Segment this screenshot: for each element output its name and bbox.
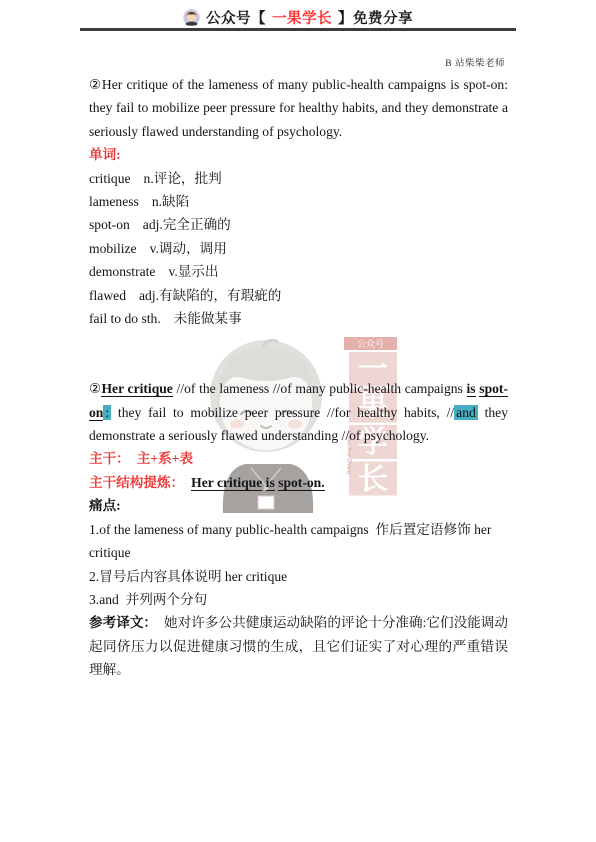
vocab-meaning: n.缺陷 (152, 194, 189, 209)
text-segment-bu: Her critique (101, 381, 172, 397)
vocab-meaning: v.调动，调用 (150, 241, 227, 256)
skeleton-label: 主干： (89, 451, 130, 466)
document-body: ②Her critique of the lameness of many pu… (89, 73, 508, 682)
painpoints-heading: 痛点: (89, 494, 508, 517)
blank-gap (89, 330, 508, 377)
vocab-word: mobilize (89, 241, 137, 256)
vocab-row: spot-onadj.完全正确的 (89, 213, 508, 236)
vocab-list: critiquen.评论，批判lamenessn.缺陷spot-onadj.完全… (89, 167, 508, 331)
header-title-brand: 一果学长 (272, 7, 332, 28)
text-segment-plain: they fail to mobilize peer pressure //fo… (111, 405, 454, 420)
text-segment-bu: is (266, 475, 275, 491)
vocab-word: spot-on (89, 217, 130, 232)
header-title-prefix: 公众号【 (206, 7, 266, 28)
text-segment-hl: and (454, 405, 478, 420)
vocab-row: lamenessn.缺陷 (89, 190, 508, 213)
page-header: 公众号【一果学长】免费分享 (0, 7, 596, 28)
skeleton-value: 主+系+表 (137, 451, 193, 466)
annotated-sentence-paragraph: ②Her critique //of the lameness //of man… (89, 377, 508, 447)
text-segment-hl: : (103, 405, 111, 420)
extract-sentence: Her critique is spot-on. (191, 475, 324, 491)
vocab-meaning: v.显示出 (168, 264, 218, 279)
vocab-heading: 单词: (89, 143, 508, 166)
vocab-meaning: 未能做某事 (174, 311, 242, 326)
vocab-row: fail to do sth.未能做某事 (89, 307, 508, 330)
translation-paragraph: 参考译文：她对许多公共健康运动缺陷的评论十分准确:它们没能调动起同侪压力以促进健… (89, 611, 508, 681)
vocab-row: demonstratev.显示出 (89, 260, 508, 283)
vocab-word: fail to do sth. (89, 311, 161, 326)
document-page: 公众号【一果学长】免费分享 B 站柴柴老师 公众号 一 果 学 长 Yi Guo… (0, 0, 596, 842)
vocab-word: flawed (89, 288, 126, 303)
header-divider (80, 28, 516, 31)
sentence-paragraph: ②Her critique of the lameness of many pu… (89, 73, 508, 143)
vocab-row: critiquen.评论，批判 (89, 167, 508, 190)
painpoints-list: 1.of the lameness of many public-health … (89, 518, 508, 612)
painpoint-item: 2.冒号后内容具体说明 her critique (89, 565, 508, 588)
vocab-row: mobilizev.调动，调用 (89, 237, 508, 260)
text-segment-plain: //of the lameness //of many public-healt… (173, 381, 467, 396)
painpoint-item: 1.of the lameness of many public-health … (89, 518, 508, 565)
author-byline: B 站柴柴老师 (445, 55, 505, 69)
vocab-row: flawedadj.有缺陷的，有瑕疵的 (89, 284, 508, 307)
text-segment-bu: is (467, 381, 476, 397)
vocab-meaning: adj.完全正确的 (143, 217, 231, 232)
vocab-meaning: n.评论，批判 (144, 171, 222, 186)
account-avatar-icon (183, 9, 200, 26)
vocab-meaning: adj.有缺陷的，有瑕疵的 (139, 288, 281, 303)
text-segment-bu: Her critique (191, 475, 262, 491)
vocab-word: lameness (89, 194, 139, 209)
text-segment-plain: ② (89, 381, 101, 396)
painpoint-item: 3.and 并列两个分句 (89, 588, 508, 611)
text-segment-bu: spot-on. (278, 475, 324, 491)
translation-label: 参考译文： (89, 615, 157, 630)
vocab-word: critique (89, 171, 131, 186)
skeleton-extract-line: 主干结构提炼：Her critique is spot-on. (89, 471, 508, 494)
skeleton-line: 主干：主+系+表 (89, 447, 508, 470)
vocab-word: demonstrate (89, 264, 155, 279)
extract-label: 主干结构提炼： (89, 475, 184, 490)
header-title-suffix: 】免费分享 (338, 7, 413, 28)
